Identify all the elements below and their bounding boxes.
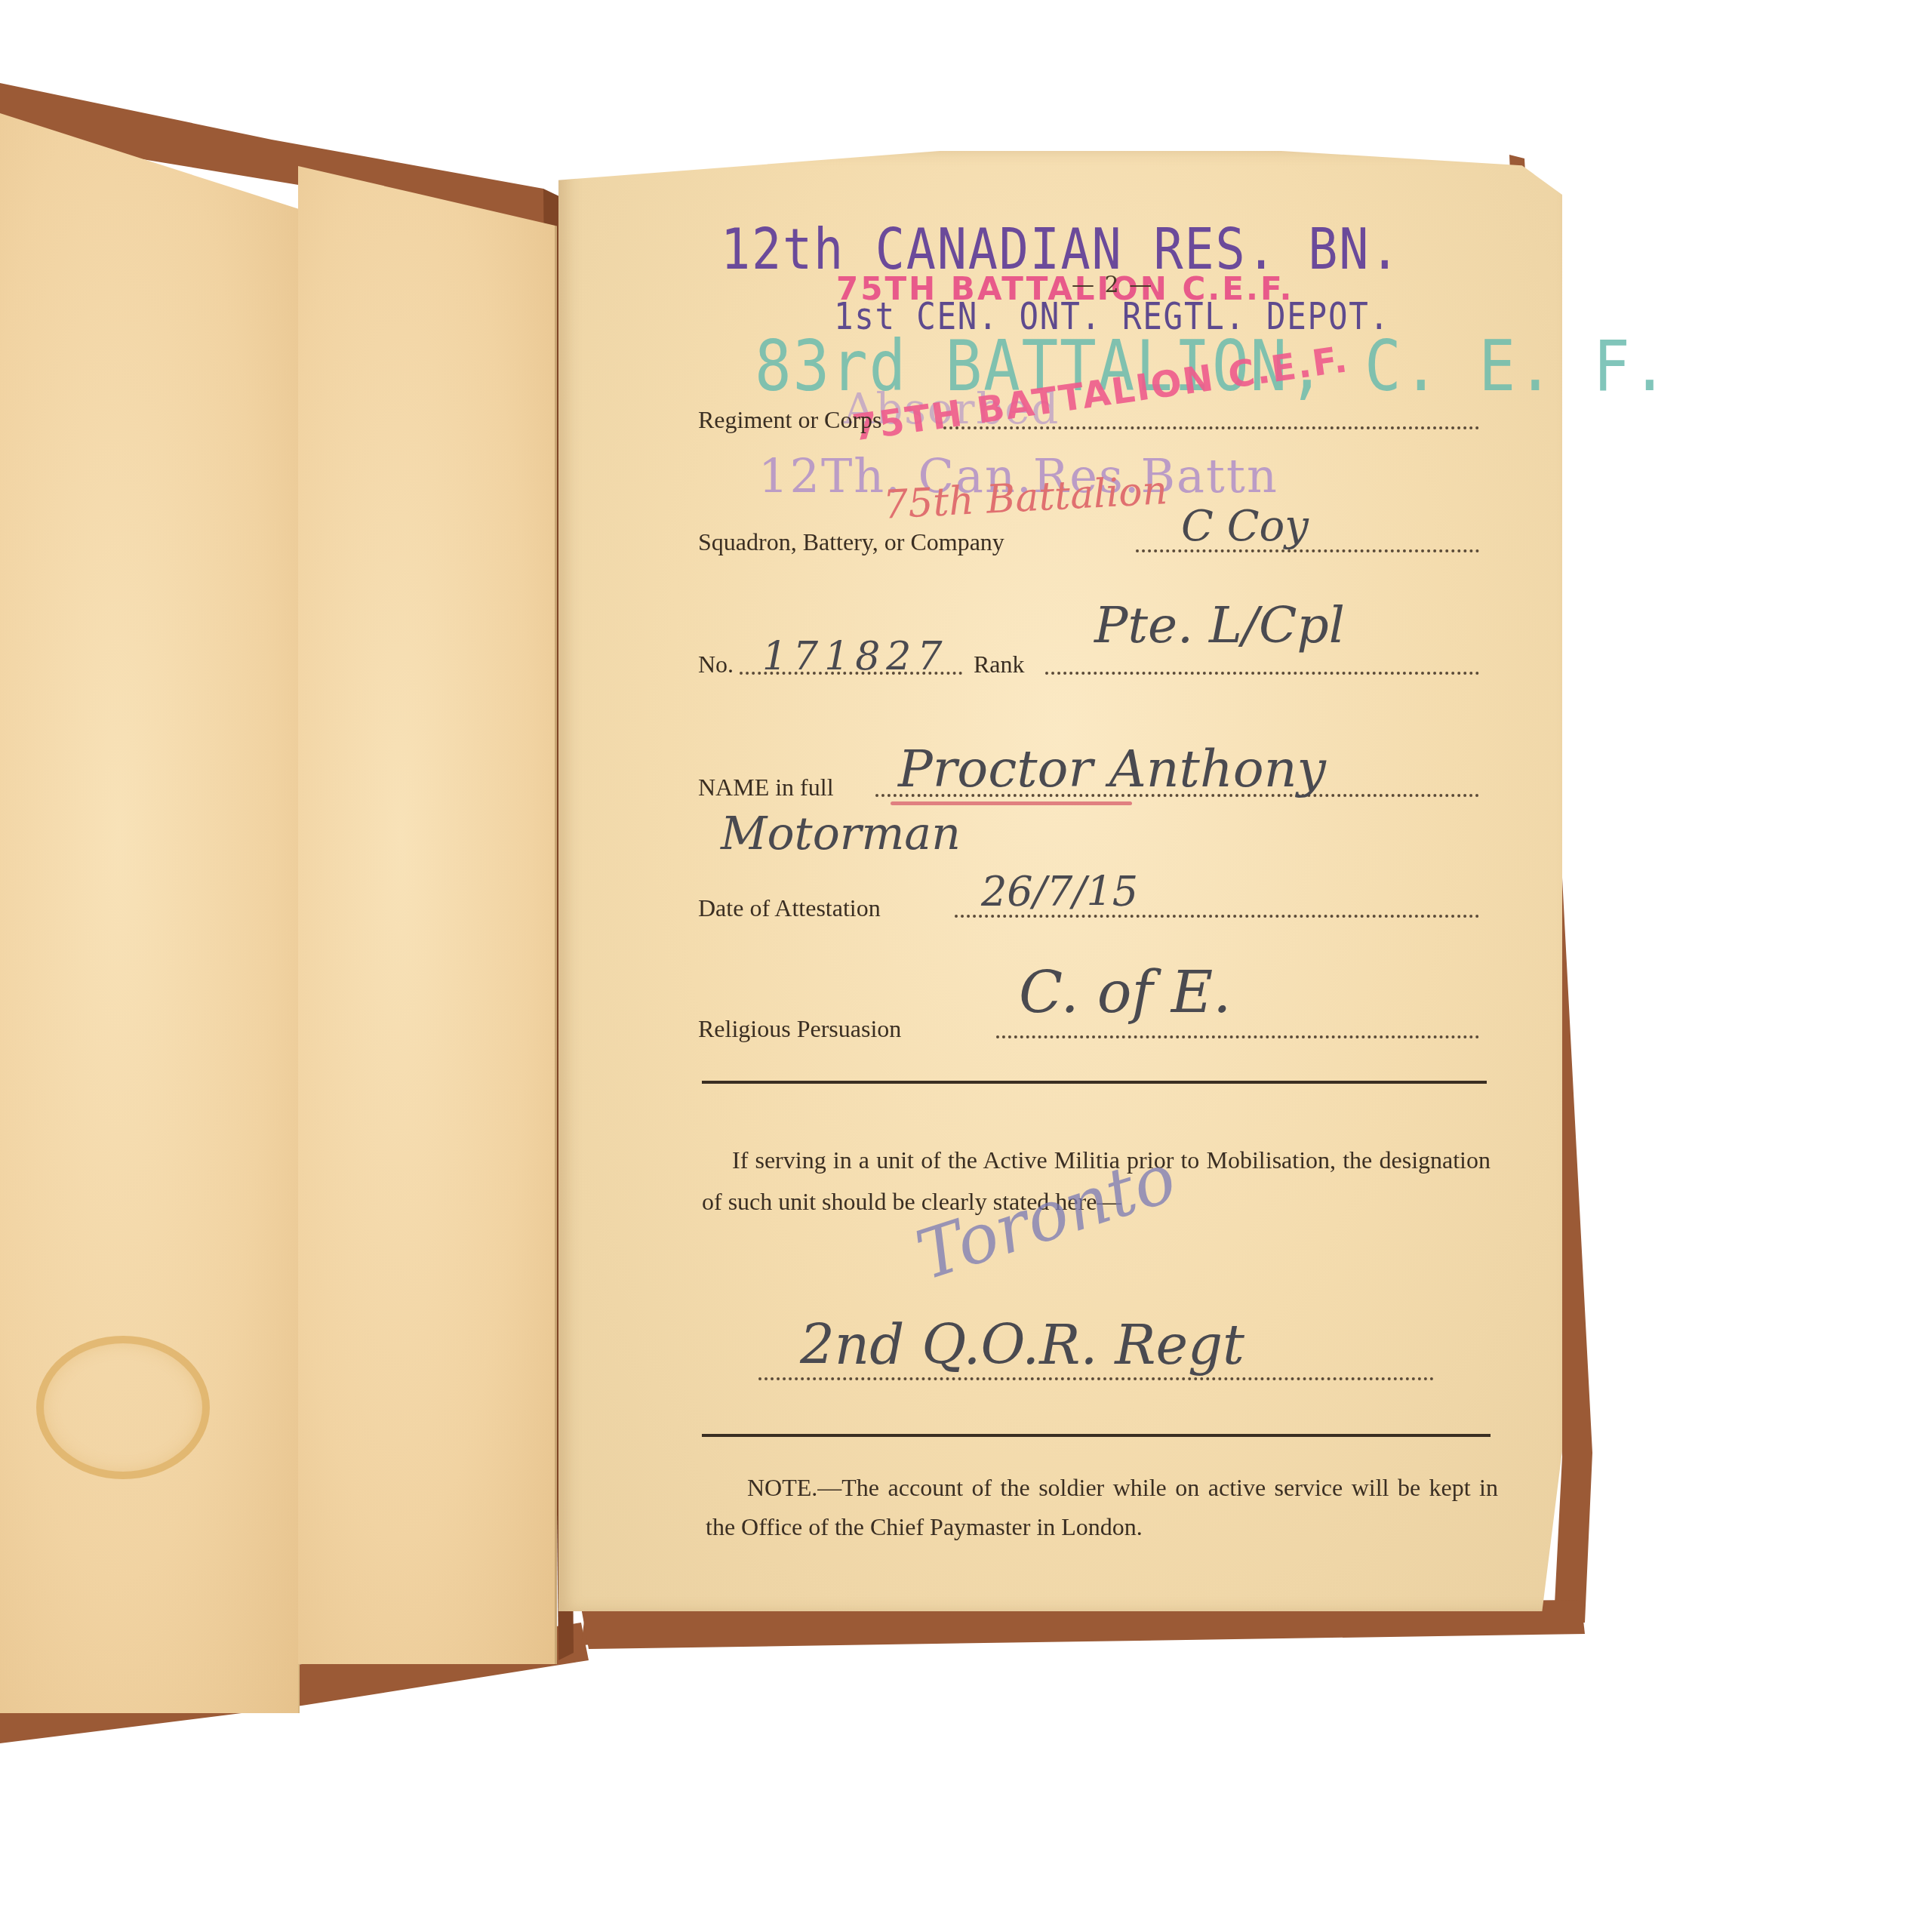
trade-motorman: Motorman bbox=[721, 808, 961, 860]
section-rule-1 bbox=[702, 1081, 1487, 1084]
attestation-label: Date of Attestation bbox=[698, 894, 881, 922]
regiment-label: Regiment or Corps bbox=[698, 406, 882, 434]
open-paybook: 12th CANADIAN RES. BN. 75TH BATTALION C.… bbox=[0, 0, 1932, 1932]
attestation-date: 26/7/15 bbox=[981, 868, 1138, 915]
regiment-dotted-line bbox=[943, 426, 1479, 429]
name-label: NAME in full bbox=[698, 774, 834, 801]
company-label: Squadron, Battery, or Company bbox=[698, 528, 1004, 556]
religion-dotted-line bbox=[996, 1035, 1479, 1038]
rank-label: Rank bbox=[974, 651, 1025, 678]
section-rule-2 bbox=[702, 1434, 1491, 1437]
rank-value: Pte. L/Cpl bbox=[1094, 596, 1345, 654]
rank-dotted-line bbox=[1045, 672, 1479, 675]
religion-value: C. of E. bbox=[1019, 958, 1231, 1026]
number-label: No. bbox=[698, 651, 734, 678]
name-red-underline bbox=[891, 801, 1132, 805]
water-stain bbox=[36, 1336, 210, 1479]
militia-unit: 2nd Q.O.R. Regt bbox=[800, 1313, 1244, 1377]
left-endpaper-inner bbox=[298, 166, 557, 1664]
company-value: C Coy bbox=[1181, 502, 1309, 551]
paymaster-note: NOTE.—The account of the soldier while o… bbox=[706, 1468, 1498, 1546]
regimental-number: 171827 bbox=[762, 634, 949, 679]
religion-label: Religious Persuasion bbox=[698, 1015, 901, 1043]
full-name: Proctor Anthony bbox=[898, 740, 1326, 799]
militia-dotted-line bbox=[758, 1377, 1434, 1380]
